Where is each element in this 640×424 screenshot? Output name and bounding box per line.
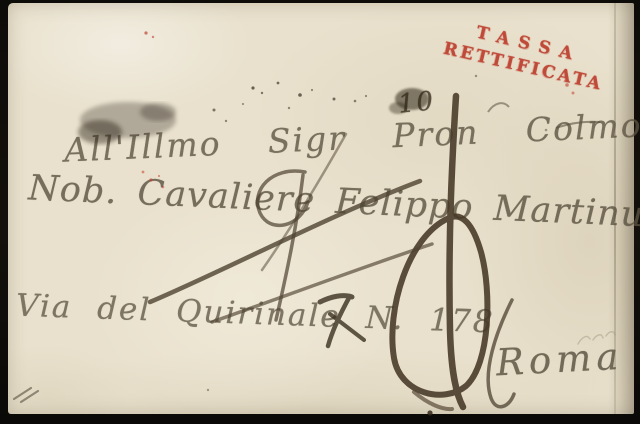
photo-frame: TASSA RETTIFICATA All'Illmo Sigr Pron Co…	[0, 0, 640, 424]
rate-mark-10: 10	[397, 86, 437, 120]
address-line-city: Roma	[495, 335, 624, 385]
